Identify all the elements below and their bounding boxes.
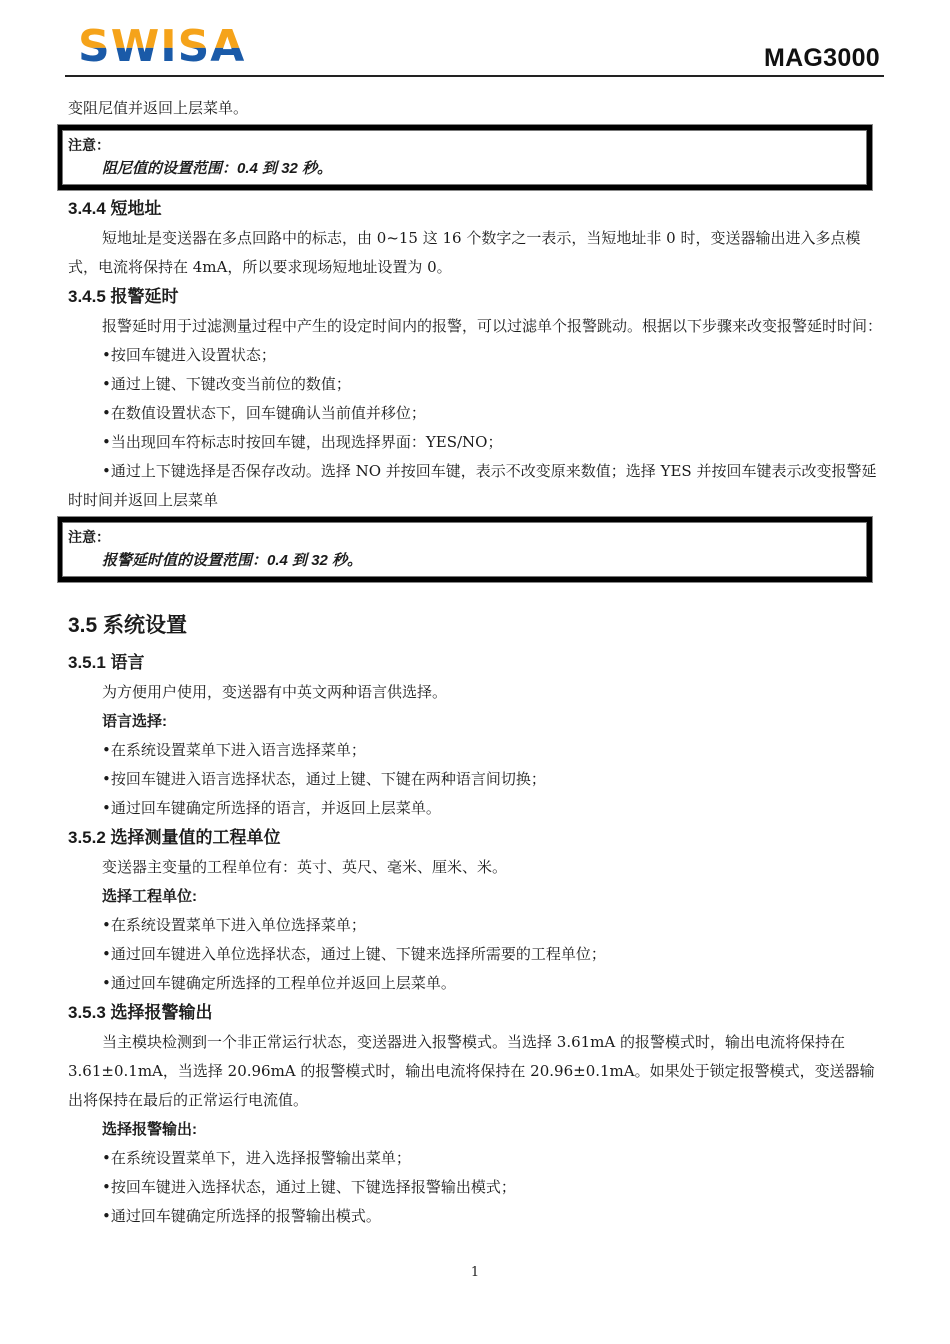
heading-3-4-5: 3.4.5 报警延时 (68, 282, 886, 312)
note-box-damping: 注意： 阻尼值的设置范围：0.4 到 32 秒。 (57, 124, 873, 191)
header-divider (65, 75, 884, 77)
heading-3-5-1: 3.5.1 语言 (68, 648, 886, 678)
page-number: 1 (0, 1265, 950, 1280)
note-title: 注意： (68, 133, 862, 157)
list-item: •在系统设置菜单下进入语言选择菜单； (68, 736, 886, 765)
heading-3-5-3: 3.5.3 选择报警输出 (68, 998, 886, 1028)
paragraph-alarm-output: 当主模块检测到一个非正常运行状态，变送器进入报警模式。当选择 3.61mA 的报… (68, 1028, 886, 1115)
logo-wordmark: SWISA SWISA SWISA (78, 26, 245, 68)
intro-continuation: 变阻尼值并返回上层菜单。 (68, 94, 886, 123)
list-item: •在系统设置菜单下进入单位选择菜单； (68, 911, 886, 940)
list-item: •通过上下键选择是否保存改动。选择 NO 并按回车键，表示不改变原来数值；选择 … (68, 457, 886, 515)
note-text: 报警延时值的设置范围：0.4 到 32 秒。 (68, 549, 862, 573)
list-item: •通过回车键确定所选择的语言，并返回上层菜单。 (68, 794, 886, 823)
label-alarm-output-select: 选择报警输出: (68, 1115, 886, 1144)
heading-3-5: 3.5 系统设置 (68, 609, 886, 643)
label-unit-select: 选择工程单位: (68, 882, 886, 911)
paragraph-short-address: 短地址是变送器在多点回路中的标志，由 0~15 这 16 个数字之一表示，当短地… (68, 224, 886, 282)
list-item: •通过回车键确定所选择的报警输出模式。 (68, 1202, 886, 1231)
heading-3-4-4: 3.4.4 短地址 (68, 194, 886, 224)
list-item: •按回车键进入语言选择状态，通过上键、下键在两种语言间切换； (68, 765, 886, 794)
list-item: •在数值设置状态下，回车键确认当前值并移位； (68, 399, 886, 428)
list-item: •通过回车键进入单位选择状态，通过上键、下键来选择所需要的工程单位； (68, 940, 886, 969)
paragraph-language: 为方便用户使用，变送器有中英文两种语言供选择。 (68, 678, 886, 707)
list-item: •通过上键、下键改变当前位的数值； (68, 370, 886, 399)
list-item: •通过回车键确定所选择的工程单位并返回上层菜单。 (68, 969, 886, 998)
heading-3-5-2: 3.5.2 选择测量值的工程单位 (68, 823, 886, 853)
list-item: •按回车键进入选择状态，通过上键、下键选择报警输出模式； (68, 1173, 886, 1202)
list-item: •当出现回车符标志时按回车键，出现选择界面：YES/NO； (68, 428, 886, 457)
note-box-alarm-delay: 注意： 报警延时值的设置范围：0.4 到 32 秒。 (57, 516, 873, 583)
note-title: 注意： (68, 525, 862, 549)
swisa-logo: SWISA SWISA SWISA (78, 26, 253, 68)
model-name: MAG3000 (764, 44, 880, 73)
document-page: SWISA SWISA SWISA MAG3000 变阻尼值并返回上层菜单。 注… (0, 0, 950, 1344)
page-content: 变阻尼值并返回上层菜单。 注意： 阻尼值的设置范围：0.4 到 32 秒。 3.… (68, 94, 886, 1231)
label-language-select: 语言选择: (68, 707, 886, 736)
paragraph-units: 变送器主变量的工程单位有：英寸、英尺、毫米、厘米、米。 (68, 853, 886, 882)
list-item: •在系统设置菜单下，进入选择报警输出菜单； (68, 1144, 886, 1173)
list-item: •按回车键进入设置状态； (68, 341, 886, 370)
note-text: 阻尼值的设置范围：0.4 到 32 秒。 (68, 157, 862, 181)
paragraph-alarm-delay: 报警延时用于过滤测量过程中产生的设定时间内的报警，可以过滤单个报警跳动。根据以下… (68, 312, 886, 341)
